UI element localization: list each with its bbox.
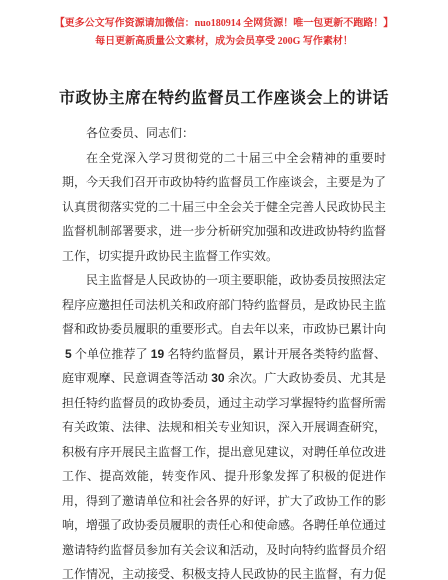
ad-banner: 【更多公文写作资源请加微信：nuo180914 全网货源！唯一包更新不跑路！】 … xyxy=(0,0,448,51)
page-number: 1 xyxy=(0,545,448,556)
ad-banner-line2: 每日更新高质量公文素材，成为会员享受 200G 写作素材！ xyxy=(0,33,448,51)
paragraph: 各位委员、同志们： xyxy=(62,121,386,146)
paragraph: 在全党深入学习贯彻党的二十届三中全会精神的重要时期，今天我们召开市政协特约监督员… xyxy=(62,146,386,269)
document-body: 各位委员、同志们：在全党深入学习贯彻党的二十届三中全会精神的重要时期，今天我们召… xyxy=(62,121,386,580)
numeric-text: 30 xyxy=(211,371,224,385)
paragraph-text: 在全党深入学习贯彻党的二十届三中全会精神的重要时期，今天我们召开市政协特约监督员… xyxy=(62,151,386,263)
document-page: 【更多公文写作资源请加微信：nuo180914 全网货源！唯一包更新不跑路！】 … xyxy=(0,0,448,580)
numeric-text: 5 xyxy=(65,347,72,361)
paragraph-text: 民主监督是人民政协的一项主要职能，政协委员按照法定程序应邀担任司法机关和政府部门… xyxy=(62,273,386,336)
paragraph-text: 个单位推荐了 xyxy=(75,347,148,361)
ad-banner-line1: 【更多公文写作资源请加微信：nuo180914 全网货源！唯一包更新不跑路！】 xyxy=(0,15,448,33)
paragraph: 民主监督是人民政协的一项主要职能，政协委员按照法定程序应邀担任司法机关和政府部门… xyxy=(62,268,386,580)
paragraph-text: 各位委员、同志们： xyxy=(86,126,194,140)
document-title: 市政协主席在特约监督员工作座谈会上的讲话 xyxy=(0,85,448,108)
numeric-text: 19 xyxy=(151,347,164,361)
